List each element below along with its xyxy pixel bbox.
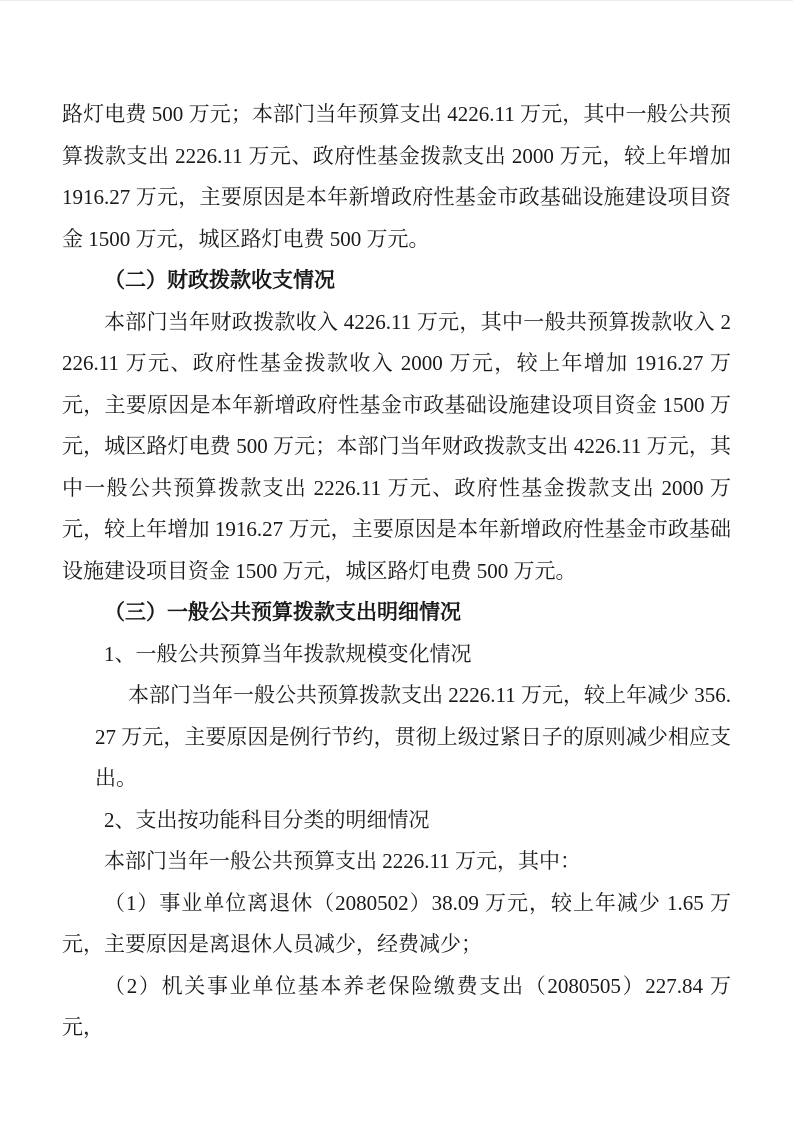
- body-paragraph-detail-item-1: （1）事业单位离退休（2080502）38.09 万元，较上年减少 1.65 万…: [62, 883, 731, 966]
- document-page: 路灯电费 500 万元；本部门当年预算支出 4226.11 万元，其中一般公共预…: [0, 0, 793, 1122]
- body-paragraph-fiscal-appropriation: 本部门当年财政拨款收入 4226.11 万元，其中一般共预算拨款收入 2226.…: [62, 302, 731, 593]
- body-paragraph-budget-total: 本部门当年一般公共预算支出 2226.11 万元，其中：: [62, 841, 731, 883]
- body-paragraph-budget-scale-change: 本部门当年一般公共预算拨款支出 2226.11 万元，较上年减少 356.27 …: [95, 675, 731, 800]
- section-heading-public-budget-detail: （三）一般公共预算拨款支出明细情况: [62, 592, 731, 634]
- subheading-item-1: 1、一般公共预算当年拨款规模变化情况: [62, 634, 731, 676]
- section-heading-fiscal-appropriation: （二）财政拨款收支情况: [62, 260, 731, 302]
- body-paragraph-detail-item-2: （2）机关事业单位基本养老保险缴费支出（2080505）227.84 万元，: [62, 966, 731, 1049]
- subheading-item-2: 2、支出按功能科目分类的明细情况: [62, 800, 731, 842]
- body-paragraph-continued: 路灯电费 500 万元；本部门当年预算支出 4226.11 万元，其中一般公共预…: [62, 94, 731, 260]
